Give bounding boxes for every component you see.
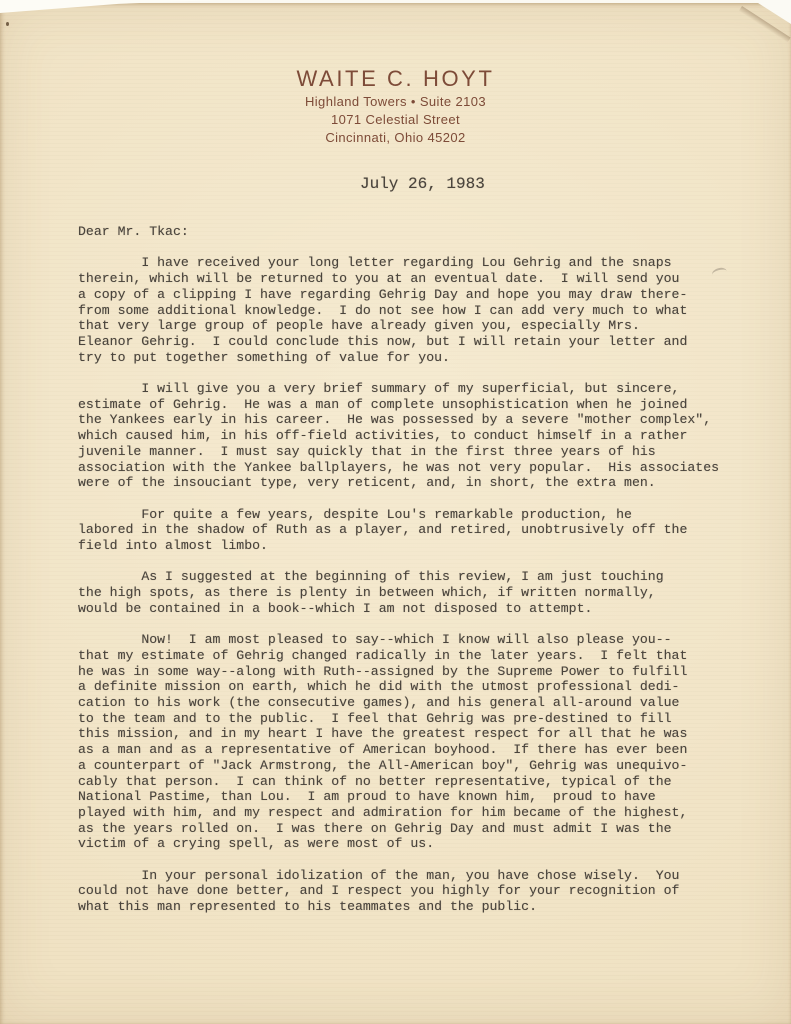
letterhead-address-line-1: Highland Towers • Suite 2103 bbox=[0, 94, 791, 109]
letter-paragraph-2: I will give you a very brief summary of … bbox=[78, 381, 750, 491]
scanned-letter: WAITE C. HOYT Highland Towers • Suite 21… bbox=[0, 0, 791, 1024]
salutation: Dear Mr. Tkac: bbox=[78, 224, 750, 240]
letter-date: July 26, 1983 bbox=[360, 175, 485, 193]
letter-paragraph-6: In your personal idolization of the man,… bbox=[78, 868, 750, 915]
letter-paragraph-4: As I suggested at the beginning of this … bbox=[78, 569, 750, 616]
letterhead-name: WAITE C. HOYT bbox=[0, 66, 791, 92]
letter-paragraph-5: Now! I am most pleased to say--which I k… bbox=[78, 632, 750, 852]
letterhead-address-line-3: Cincinnati, Ohio 45202 bbox=[0, 130, 791, 145]
paper-speck bbox=[6, 22, 9, 26]
letter-paragraph-3: For quite a few years, despite Lou's rem… bbox=[78, 507, 750, 554]
letter-body: Dear Mr. Tkac: I have received your long… bbox=[78, 224, 750, 915]
letterhead-address-line-2: 1071 Celestial Street bbox=[0, 112, 791, 127]
letter-paragraph-1: I have received your long letter regardi… bbox=[78, 255, 750, 365]
